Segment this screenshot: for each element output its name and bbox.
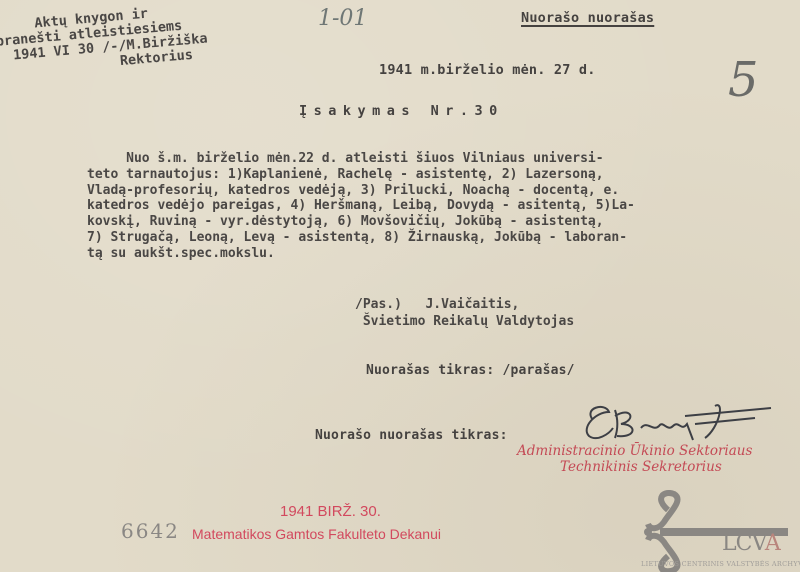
logo-letters: LCV: [722, 531, 765, 556]
certified-copy-of-copy-line: Nuorašo nuorašas tikras:: [315, 428, 508, 443]
copy-title: Nuorašo nuorašas: [521, 10, 654, 26]
received-office-stamp: Matematikos Gamtos Fakulteto Dekanui: [192, 526, 441, 542]
body-line: 7) Strugačą, Leoną, Levą - asistentą, 8)…: [87, 230, 635, 246]
body-line: katedros vedėjo pareigas, 4) Heršmaną, L…: [87, 198, 635, 214]
order-body: Nuo š.m. birželio mėn.22 d. atleisti šiu…: [87, 151, 635, 262]
archive-logo-text: LCVA: [722, 531, 780, 556]
body-line: Vladą-profesorių, katedros vedėją, 3) Pr…: [87, 183, 635, 199]
certified-copy-line: Nuorašas tikras: /parašas/: [366, 363, 575, 378]
handwritten-signature-icon: [575, 398, 775, 448]
signatory-block: /Pas.) J.Vaičaitis, Švietimo Reikalų Val…: [355, 296, 574, 330]
archive-number: 6642: [121, 519, 180, 543]
order-date: 1941 m.birželio mėn. 27 d.: [379, 62, 596, 78]
body-line: teto tarnautojus: 1)Kaplanienė, Rachelę …: [87, 167, 635, 183]
body-line: tą su aukšt.spec.mokslu.: [87, 246, 635, 262]
handwritten-mark: 1-01: [318, 6, 367, 31]
logo-letter-accent: A: [765, 531, 780, 556]
admin-stamp-line2: Technikinis Sekretorius: [560, 459, 722, 475]
received-date-stamp: 1941 BIRŽ. 30.: [280, 503, 381, 520]
rector-note-stamp: Aktų knygon ir pranešti atleistiesiems 1…: [0, 2, 210, 80]
archive-logo-subtitle: LIETUVOS CENTRINIS VALSTYBĖS ARCHYVAS: [641, 560, 800, 568]
body-line: kovskį, Ruviną - vyr.dėstytoją, 6) Movšo…: [87, 214, 635, 230]
body-line: Nuo š.m. birželio mėn.22 d. atleisti šiu…: [87, 151, 635, 167]
signatory-title: Švietimo Reikalų Valdytojas: [355, 313, 574, 330]
order-title: Įsakymas Nr.30: [299, 103, 504, 119]
handwritten-page-number: 5: [728, 52, 759, 108]
admin-stamp-line1: Administracinio Ūkinio Sektoriaus: [517, 443, 752, 459]
signatory-name: /Pas.) J.Vaičaitis,: [355, 296, 574, 313]
document-page: Aktų knygon ir pranešti atleistiesiems 1…: [0, 0, 800, 572]
